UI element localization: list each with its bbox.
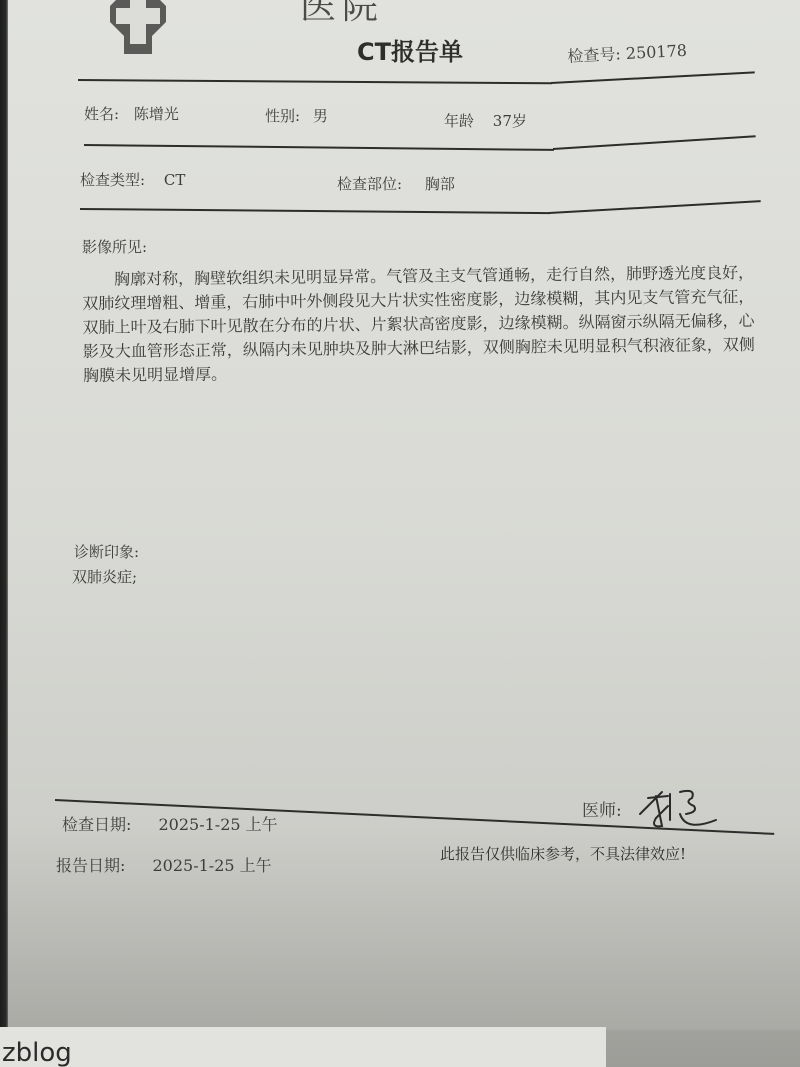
watermark-bar: [0, 1027, 606, 1067]
impression-label: 诊断印象:: [74, 541, 139, 562]
patient-sex-field: 性别: 男: [265, 105, 328, 126]
watermark-text: zblog: [2, 1038, 72, 1067]
patient-name-value: 陈增光: [134, 105, 179, 123]
report-date-field: 报告日期: 2025-1-25 上午: [56, 853, 272, 876]
impression-text: 双肺炎症;: [72, 566, 137, 587]
exam-number-label: 检查号:: [567, 44, 621, 66]
patient-sex-label: 性别:: [265, 107, 300, 125]
report-title: CT报告单: [357, 32, 463, 67]
exam-date-value: 2025-1-25 上午: [159, 815, 278, 834]
patient-name-field: 姓名: 陈增光: [84, 103, 179, 124]
legal-disclaimer: 此报告仅供临床参考，不具法律效应!: [440, 843, 686, 864]
exam-site-value: 胸部: [425, 175, 455, 193]
exam-site-field: 检查部位: 胸部: [337, 173, 455, 194]
report-date-label: 报告日期:: [56, 856, 125, 875]
hospital-cross-logo-icon: [110, 0, 166, 54]
exam-site-label: 检查部位:: [337, 175, 402, 193]
patient-sex-value: 男: [313, 107, 328, 125]
exam-type-label: 检查类型:: [80, 171, 145, 189]
patient-name-label: 姓名:: [84, 105, 119, 123]
doctor-label: 医师:: [582, 796, 622, 821]
exam-date-label: 检查日期:: [62, 815, 131, 834]
exam-number-value: 250178: [625, 41, 687, 63]
findings-label: 影像所见:: [82, 236, 147, 257]
report-date-value: 2025-1-25 上午: [153, 856, 272, 875]
patient-age-label: 年龄: [444, 112, 474, 130]
patient-age-field: 年龄 37岁: [444, 110, 527, 131]
exam-type-field: 检查类型: CT: [80, 169, 185, 190]
hospital-name: 医院: [300, 0, 384, 29]
patient-age-value: 37岁: [493, 112, 527, 130]
findings-text: 胸廓对称，胸壁软组织未见明显异常。气管及主支气管通畅，走行自然，肺野透光度良好，…: [82, 261, 755, 388]
exam-date-field: 检查日期: 2025-1-25 上午: [62, 812, 278, 835]
exam-type-value: CT: [164, 171, 185, 189]
